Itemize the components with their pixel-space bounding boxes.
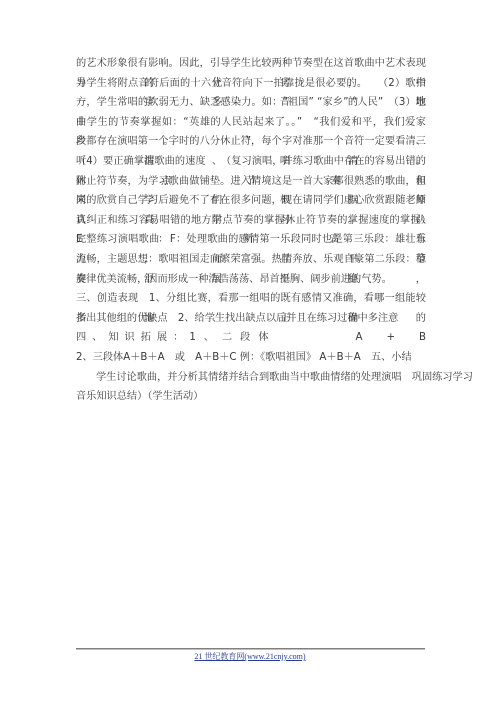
document-page: 的艺术形象很有影响。因此，引导学生比较两种节奏型在这首歌曲中艺术表现力的优劣，指… [0,0,500,707]
footer-site-link[interactable]: 21 世纪教育网(www.21cnjy.com) [0,651,500,662]
paragraph-line: 导学生将附点音符后面的十六分音符向下一拍靠拢是很必要的。 （2）歌中一字多音的地 [76,74,426,94]
ternary-form-line: 2、三段体A＋B＋A 或 A＋B＋C 例：《歌唱祖国》 A＋B＋A 五、小结 [76,348,426,368]
paragraph-line: 真纠正和练习容易唱错的地方附点节奏的掌握休止符节奏的掌握速度的掌握） E：听音乐 [76,211,426,231]
paragraph-line: （4）要正确掌握歌曲的速度 （复习演唱，并练习歌曲中存在的容易出错的附点节奏和 [76,152,426,172]
knowledge-extension-line: 四、知识拓展： 1、二段体 A + B [76,328,426,348]
paragraph-line: 流畅，主题思想：歌唱祖国走向繁荣富强。热情奔放、乐观自豪第二乐段：节奏舒展平稳， [76,250,426,270]
summary-line: 学生讨论歌曲，并分析其情绪并结合到歌曲当中歌曲情绪的处理演唱 巩固练习学习 [76,368,426,388]
formula-b: B [419,328,426,348]
knowledge-label: 四、知识拓展： [76,328,189,348]
formula-a: A [355,328,362,348]
paragraph-line: 来的欣赏自己学习后避免不了存在很多问题，现在请同学们虚心欣赏跟随老师认真学习。认 [76,191,426,211]
document-body: 的艺术形象很有影响。因此，引导学生比较两种节奏型在这首歌曲中艺术表现力的优劣，指… [76,54,426,407]
binary-form-label: 1、二段体 [189,328,276,348]
section-three-line: 三、创造表现 1、分组比赛，看那一组唱的既有感情又准确，看哪一组能较多地、正确的 [76,289,426,309]
paragraph-line: 段都存在演唱第一个字时的八分休止符，每个字对准那一个音符一定要看清、听清、唱清。 [76,132,426,152]
paragraph-line: 指出其他组的优缺点 2、给学生找出缺点以后并且在练习过程中多注意 [76,309,426,329]
formula-plus: + [386,328,395,348]
paragraph-line: 完整练习演唱歌曲 F：处理歌曲的感情第一乐段同时也是第三乐段：雄壮有力，而且平稳 [76,230,426,250]
paragraph-line: 旋律优美流畅，因而形成一种浩浩荡荡、昂首挺胸、阔步前进的气势。 [76,270,426,290]
paragraph-line: 的艺术形象很有影响。因此，引导学生比较两种节奏型在这首歌曲中艺术表现力的优劣，指 [76,54,426,74]
paragraph-line: 休止符节奏，为学习歌曲做铺垫。进入情境这是一首大家都很熟悉的歌曲，但同学们根据原 [76,172,426,192]
summary-line: 音乐知识总结）（学生活动） [76,387,426,407]
spacer [277,328,356,348]
paragraph-line: 方，学生常唱的软弱无力、缺乏感染力。如：“祖国” “家乡” “人民” （3）歌曲 [76,93,426,113]
footer-divider [76,648,425,650]
paragraph-line: 中学生的节奏掌握如：“英雄的人民站起来了。。” “我们爱和平，我们爱家乡。” 三 [76,113,426,133]
